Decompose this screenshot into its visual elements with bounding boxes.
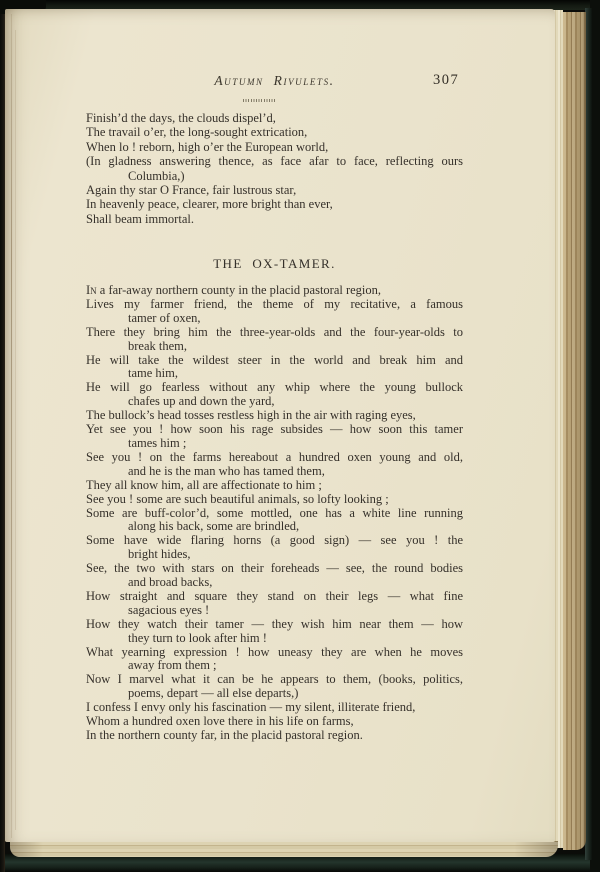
poem-line: chafes up and down the yard, [86,395,463,409]
poem-line: The bullock’s head tosses restless high … [86,409,463,423]
poem-line: they turn to look after him ! [86,632,463,646]
poem-line: See you ! on the farms hereabout a hundr… [86,451,463,465]
running-header: Autumn Rivulets. [86,73,463,89]
poem-line: tame him, [86,367,463,381]
poem-line: poems, depart — all else departs,) [86,687,463,701]
poem-line: Shall beam immortal. [86,212,463,226]
poem-line: How straight and square they stand on th… [86,590,463,604]
poem-line: He will take the wildest steer in the wo… [86,354,463,368]
poem-line: What yearning expression ! how uneasy th… [86,646,463,660]
poem-title: THE OX-TAMER. [86,256,463,272]
poem-line: Columbia,) [86,169,463,183]
poem-line: When lo ! reborn, high o’er the European… [86,140,463,154]
poem-line: bright hides, [86,548,463,562]
poem-line: How they watch their tamer — they wish h… [86,618,463,632]
bottom-page-stack [10,841,558,857]
poem-line: In a far-away northern county in the pla… [86,284,463,298]
poem-line: break them, [86,340,463,354]
poem-line: along his back, some are brindled, [86,520,463,534]
page-crease-faint [15,30,16,830]
poem-line: In the northern county far, in the placi… [86,729,463,743]
fore-edge-shadow [585,8,592,860]
poem-line: Whom a hundred oxen love there in his li… [86,715,463,729]
poem-line: See, the two with stars on their forehea… [86,562,463,576]
poem-body: In a far-away northern county in the pla… [86,284,463,743]
poem-line: Now I marvel what it can be he appears t… [86,673,463,687]
poem-line: Again thy star O France, fair lustrous s… [86,183,463,197]
poem-line: Lives my farmer friend, the theme of my … [86,298,463,312]
poem-line: and broad backs, [86,576,463,590]
header-ornament-rule [243,99,277,102]
poem-line: The travail o’er, the long-sought extric… [86,125,463,139]
poem-line: They all know him, all are affectionate … [86,479,463,493]
previous-poem-ending-stanza: Finish’d the days, the clouds dispel’d,T… [86,111,463,226]
poem-line: In heavenly peace, clearer, more bright … [86,197,463,211]
poem-line: Some have wide flaring horns (a good sig… [86,534,463,548]
poem-line: tamer of oxen, [86,312,463,326]
fore-edge-pages [563,12,586,850]
poem-line: (In gladness answering thence, as face a… [86,154,463,168]
poem-line: sagacious eyes ! [86,604,463,618]
small-caps-lead: In [86,283,97,297]
poem-line: and he is the man who has tamed them, [86,465,463,479]
poem-line: He will go fearless without any whip whe… [86,381,463,395]
poem-line: away from them ; [86,659,463,673]
poem-line: Yet see you ! how soon his rage subsides… [86,423,463,437]
page-crease [11,14,12,838]
book-scan: Autumn Rivulets. 307 Finish’d the days, … [0,0,600,872]
poem-line: tames him ; [86,437,463,451]
poem-line: There they bring him the three-year-olds… [86,326,463,340]
poem-line: See you ! some are such beautiful animal… [86,493,463,507]
poem-line: I confess I envy only his fascination — … [86,701,463,715]
poem-line: Finish’d the days, the clouds dispel’d, [86,111,463,125]
poem-line: Some are buff-color’d, some mottled, one… [86,507,463,521]
page-number: 307 [433,72,473,89]
